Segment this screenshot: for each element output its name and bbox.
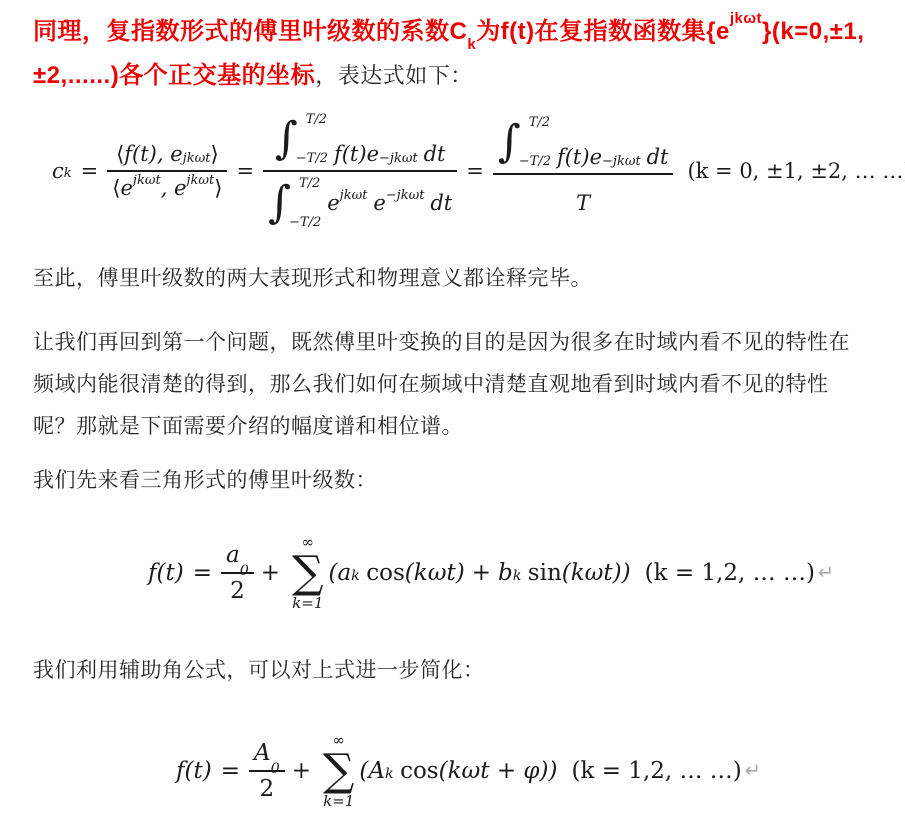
lower-limit: −T/2: [296, 151, 328, 166]
integral-sign: ∫: [275, 119, 298, 159]
formula-complex-coefficient: ck = ⟨f(t), ejkωt⟩ ⟨ejkωt, ejkωt⟩ = ∫T/2…: [52, 115, 905, 227]
summation: ∞ ∑ k=1: [292, 534, 323, 611]
integral: ∫T/2−T/2: [268, 176, 325, 230]
math-text: , e: [161, 176, 187, 200]
equals-sign: =: [193, 560, 212, 586]
paragraph-line: 频域内能很清楚的得到，那么我们如何在频域中清楚直观地看到时域内看不见的特性: [33, 364, 850, 406]
fraction-denominator: ∫T/2−T/2 ejkωt e−jkωtdt: [263, 172, 457, 230]
paragraph-text: 我们利用辅助角公式，可以对上式进一步简化：: [33, 659, 485, 682]
formula-trig-series: f(t) = a0 2 + ∞ ∑ k=1 (akcos(kωt) + bksi…: [148, 520, 834, 625]
formula-simplified-series: f(t) = A0 2 + ∞ ∑ k=1 (Akcos(kωt + φ)) (…: [176, 718, 761, 821]
intro-text-red: ±2,......)各个正交基的坐标: [33, 62, 315, 89]
angle-bracket: ⟩: [210, 142, 218, 166]
cos-function: cos: [366, 560, 405, 586]
math-text: f(t), e: [124, 142, 182, 166]
fraction-denominator: 2: [221, 574, 254, 604]
integral: ∫T/2−T/2: [498, 115, 555, 169]
math-text: e: [120, 176, 132, 200]
fraction-numerator: a0: [221, 542, 254, 574]
math-text: f(t)e: [557, 145, 602, 169]
math-text: e: [327, 191, 339, 215]
var-ft: f(t): [176, 758, 212, 784]
plus-sign: +: [472, 560, 491, 586]
upper-limit: T/2: [305, 112, 328, 127]
integral-limits: T/2−T/2: [298, 112, 328, 166]
k-range-annotation: (k = 1,2, … …): [645, 560, 815, 586]
fraction-over-T: ∫T/2−T/2 f(t)e−jkωtdt T: [493, 115, 674, 227]
fraction-numerator: ∫T/2−T/2 f(t)e−jkωtdt: [263, 112, 457, 172]
math-text: e: [373, 191, 385, 215]
sum-lower-limit: k=1: [323, 793, 354, 810]
fraction-numerator: A0: [249, 740, 285, 772]
lower-limit: −T/2: [519, 154, 551, 169]
integral-sign: ∫: [498, 122, 521, 162]
sum-lower-limit: k=1: [292, 595, 323, 612]
math-text: (kωt)): [562, 560, 631, 586]
math-text: (a: [328, 560, 351, 586]
cos-function: cos: [400, 758, 439, 784]
number-2: 2: [230, 578, 245, 604]
number-2: 2: [260, 776, 275, 802]
summation: ∞ ∑ k=1: [323, 732, 354, 809]
intro-text-black: ，表达式如下：: [315, 63, 473, 88]
fraction-integrals: ∫T/2−T/2 f(t)e−jkωtdt ∫T/2−T/2 ejkωt e−j…: [263, 112, 457, 230]
k-range-annotation: (k = 1,2, … …): [571, 758, 741, 784]
upper-limit: T/2: [298, 176, 321, 191]
intro-line-1: 同理，复指数形式的傅里叶级数的系数Ck为f(t)在复指数函数集{ejkωt}(k…: [33, 10, 864, 54]
paragraph-trig-leadin: 我们先来看三角形式的傅里叶级数：: [33, 460, 377, 502]
intro-text: 同理，复指数形式的傅里叶级数的系数C: [33, 18, 467, 45]
var-a: a: [226, 542, 240, 568]
math-text: (kωt + φ)): [439, 758, 558, 784]
plus-sign: +: [261, 560, 280, 586]
math-text: (A: [359, 758, 385, 784]
var-ft: f(t): [148, 560, 184, 586]
upper-limit: T/2: [528, 115, 551, 130]
equals-sign: =: [466, 159, 484, 183]
sin-function: sin: [528, 560, 562, 586]
fraction-numerator: ∫T/2−T/2 f(t)e−jkωtdt: [493, 115, 674, 175]
subscript-k: k: [467, 36, 476, 53]
intro-text: }(k=0,±1,: [762, 18, 864, 45]
angle-bracket: ⟩: [214, 176, 222, 200]
intro-text: 为f(t)在复指数函数集{e: [476, 18, 730, 45]
document-page: 同理，复指数形式的傅里叶级数的系数Ck为f(t)在复指数函数集{ejkωt}(k…: [0, 0, 905, 821]
math-text: f(t)e: [334, 142, 379, 166]
angle-bracket: ⟨: [112, 176, 120, 200]
paragraph-summary: 至此，傅里叶级数的两大表现形式和物理意义都诠释完毕。: [33, 258, 592, 300]
equals-sign: =: [221, 758, 240, 784]
plus-sign: +: [292, 758, 311, 784]
fraction-a0-over-2: a0 2: [221, 542, 254, 604]
integral: ∫T/2−T/2: [275, 112, 332, 166]
var-ck: c: [52, 159, 64, 183]
superscript-jkwt: jkωt: [730, 10, 762, 27]
integral-limits: T/2−T/2: [291, 176, 321, 230]
equals-sign: =: [81, 159, 99, 183]
paragraph-text: 至此，傅里叶级数的两大表现形式和物理意义都诠释完毕。: [33, 267, 592, 290]
sum-sign: ∑: [292, 551, 323, 595]
fraction-inner-products: ⟨f(t), ejkωt⟩ ⟨ejkωt, ejkωt⟩: [107, 142, 227, 200]
fraction-A0-over-2: A0 2: [249, 740, 285, 802]
math-text: (kωt): [405, 560, 465, 586]
return-mark-icon: ↵: [745, 759, 761, 782]
differential: dt: [424, 142, 446, 166]
var-T: T: [576, 191, 590, 215]
fraction-denominator: ⟨ejkωt, ejkωt⟩: [107, 172, 227, 200]
intro-line-2: ±2,......)各个正交基的坐标，表达式如下：: [33, 54, 864, 98]
math-text: b: [498, 560, 513, 586]
differential: dt: [430, 191, 452, 215]
fraction-numerator: ⟨f(t), ejkωt⟩: [107, 142, 227, 172]
paragraph-line: 呢？那就是下面需要介绍的幅度谱和相位谱。: [33, 406, 850, 448]
k-range-annotation: (k = 0, ±1, ±2, … …): [687, 159, 905, 183]
differential: dt: [647, 145, 669, 169]
var-A: A: [254, 740, 271, 766]
paragraph-question: 让我们再回到第一个问题，既然傅里叶变换的目的是因为很多在时域内看不见的特性在 频…: [33, 322, 850, 448]
paragraph-aux-leadin: 我们利用辅助角公式，可以对上式进一步简化：: [33, 650, 485, 692]
sum-sign: ∑: [323, 749, 354, 793]
paragraph-text: 我们先来看三角形式的傅里叶级数：: [33, 469, 377, 492]
paragraph-line: 让我们再回到第一个问题，既然傅里叶变换的目的是因为很多在时域内看不见的特性在: [33, 322, 850, 364]
fraction-denominator: T: [493, 175, 674, 227]
integral-sign: ∫: [268, 183, 291, 223]
equals-sign: =: [236, 159, 254, 183]
integral-limits: T/2−T/2: [521, 115, 551, 169]
return-mark-icon: ↵: [818, 561, 834, 584]
lower-limit: −T/2: [289, 215, 321, 230]
intro-paragraph: 同理，复指数形式的傅里叶级数的系数Ck为f(t)在复指数函数集{ejkωt}(k…: [33, 10, 864, 98]
